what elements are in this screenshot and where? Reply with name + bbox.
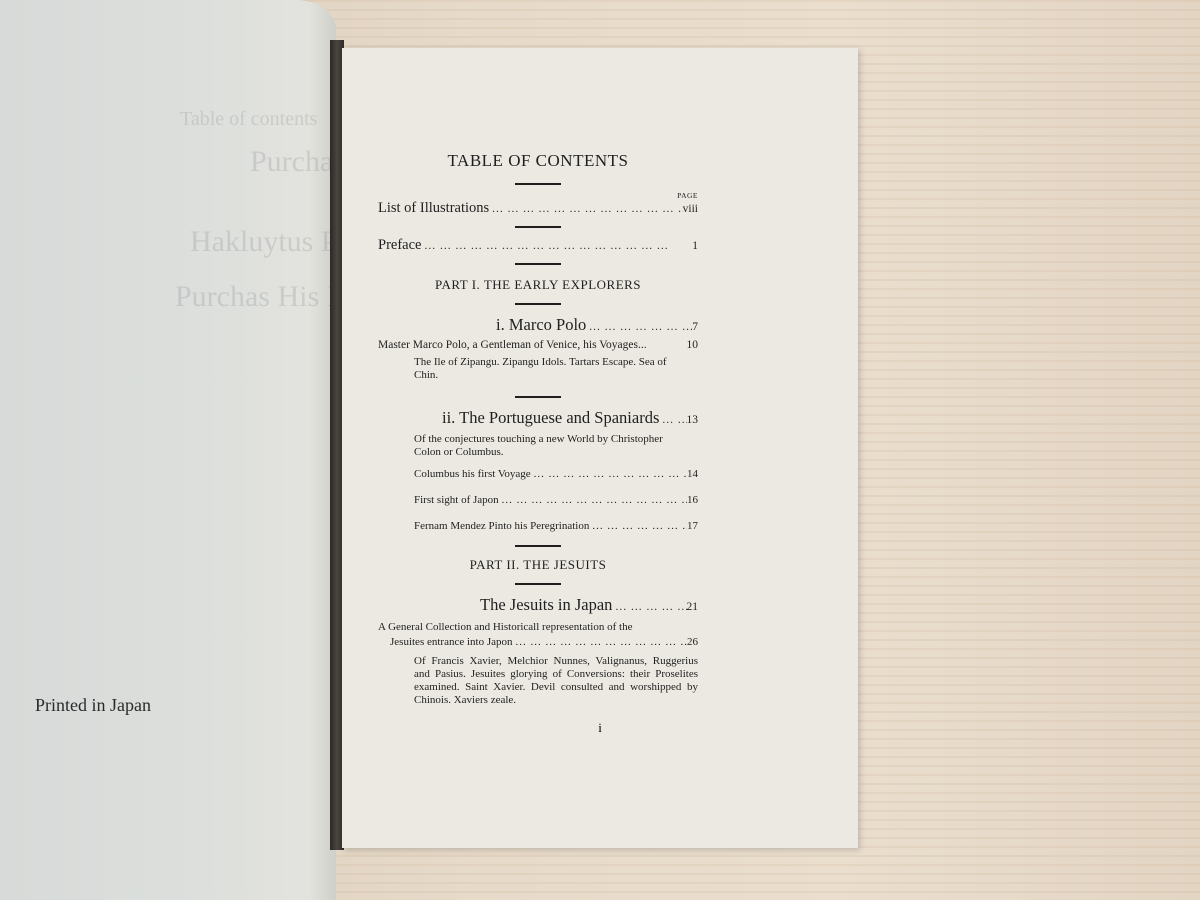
divider bbox=[515, 303, 561, 305]
toc-entry[interactable]: First sight of Japon ... ... ... ... ...… bbox=[414, 494, 698, 507]
toc-title: TABLE OF CONTENTS bbox=[378, 151, 698, 171]
toc-entry[interactable]: Columbus his first Voyage ... ... ... ..… bbox=[414, 468, 698, 481]
toc-entry[interactable]: Fernam Mendez Pinto his Peregrination ..… bbox=[414, 520, 698, 533]
divider bbox=[515, 263, 561, 265]
entry-description: The Ile of Zipangu. Zipangu Idols. Tarta… bbox=[414, 356, 668, 382]
table-of-contents: TABLE OF CONTENTS PAGE List of Illustrat… bbox=[378, 48, 698, 707]
part-heading: PART I. THE EARLY EXPLORERS bbox=[378, 277, 698, 293]
toc-entry[interactable]: Master Marco Polo, a Gentleman of Venice… bbox=[378, 339, 698, 351]
divider bbox=[515, 396, 561, 398]
entry-description: Of Francis Xavier, Melchior Nunnes, Vali… bbox=[414, 655, 698, 707]
divider bbox=[515, 583, 561, 585]
chapter-entry[interactable]: ii. The Portuguese and Spaniards ... ...… bbox=[378, 408, 698, 428]
left-page: Table of contents Purchas His Pilgrims H… bbox=[0, 0, 336, 900]
chapter-entry[interactable]: i. Marco Polo ... ... ... ... ... ... ..… bbox=[378, 315, 698, 335]
part-heading: PART II. THE JESUITS bbox=[378, 557, 698, 573]
ghost-text: Table of contents bbox=[180, 108, 317, 131]
toc-entry[interactable]: Preface ... ... ... ... ... ... ... ... … bbox=[378, 237, 698, 254]
imprint-text: Printed in Japan bbox=[35, 695, 151, 716]
chapter-entry[interactable]: The Jesuits in Japan ... ... ... ... ...… bbox=[378, 595, 698, 615]
toc-entry[interactable]: Jesuites entrance into Japon ... ... ...… bbox=[390, 636, 698, 649]
right-page: TABLE OF CONTENTS PAGE List of Illustrat… bbox=[342, 48, 858, 848]
divider bbox=[515, 545, 561, 547]
toc-entry[interactable]: List of Illustrations ... ... ... ... ..… bbox=[378, 200, 698, 217]
toc-entry[interactable]: A General Collection and Historicall rep… bbox=[378, 621, 698, 634]
divider bbox=[515, 183, 561, 185]
divider bbox=[515, 226, 561, 228]
page-column-header: PAGE bbox=[378, 191, 698, 200]
folio-number: i bbox=[342, 720, 858, 736]
toc-entry[interactable]: Of the conjectures touching a new World … bbox=[414, 433, 672, 459]
